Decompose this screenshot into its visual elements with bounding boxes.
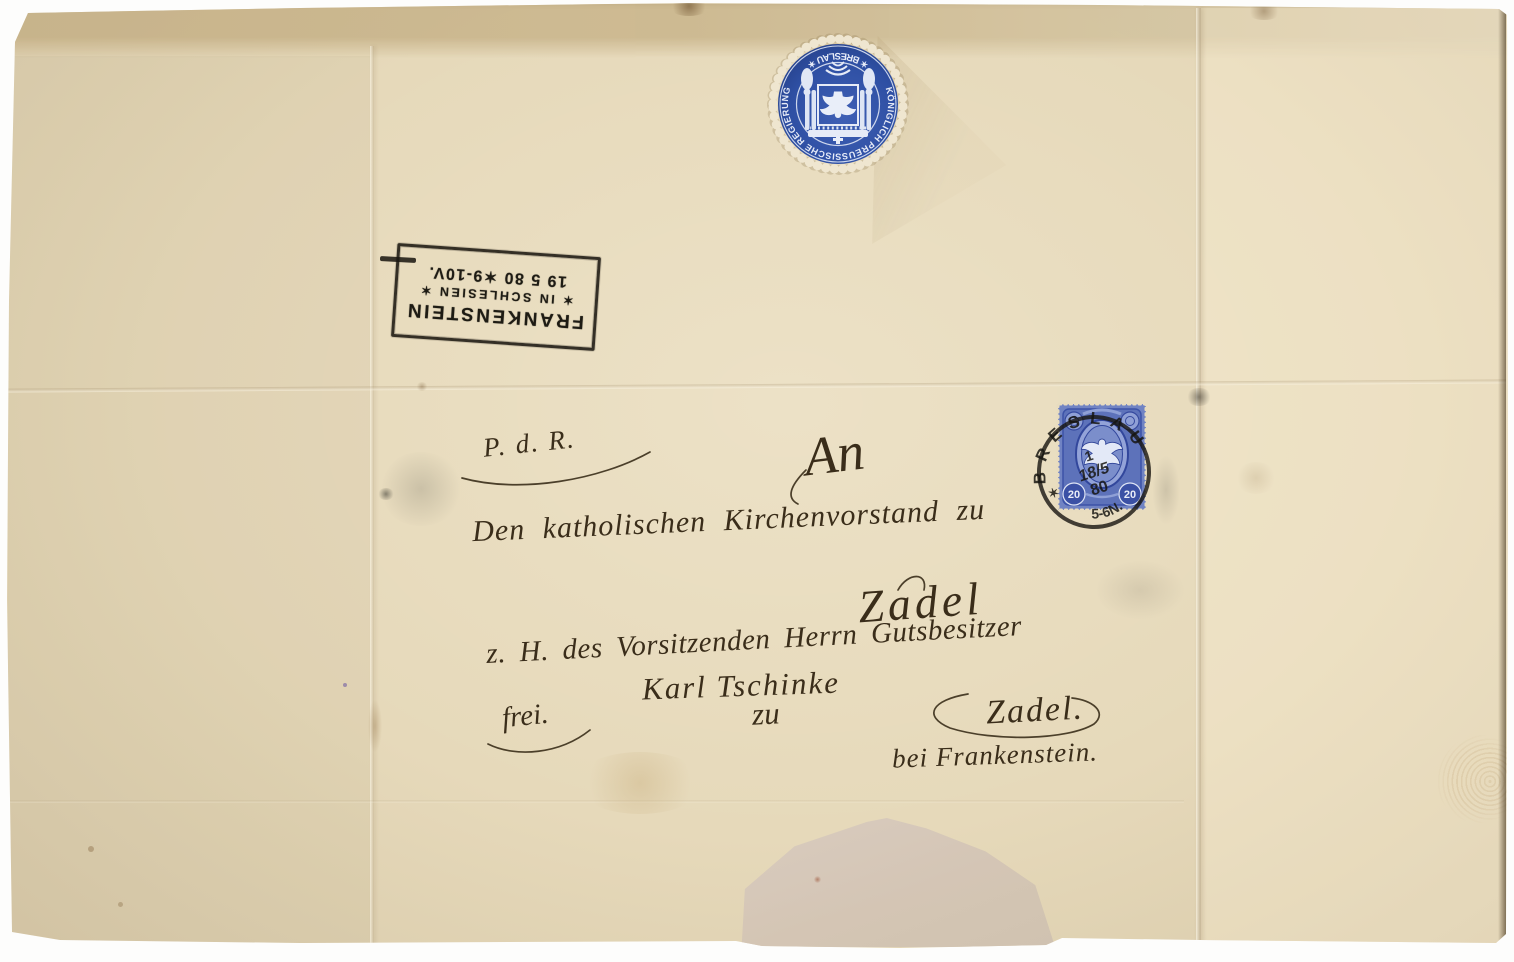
ink-streak — [380, 256, 416, 263]
addressee-name: Karl Tschinke — [641, 665, 840, 708]
vertical-fold-right — [1196, 8, 1201, 948]
seal-ring-text-bottom: ✶ BRESLAU ✶ — [805, 50, 871, 70]
docket-initials: P. d. R. — [482, 423, 577, 464]
paper-right-edge-shadow — [1498, 8, 1506, 946]
stain-spot — [1235, 462, 1277, 494]
toned-top-band — [6, 4, 1510, 58]
horizontal-fold-lower — [8, 800, 1184, 803]
stain-spot — [1246, 2, 1282, 20]
seal-graphic: KÖNIGLICH PREUSSISCHE REGIERUNG ✶ BRESLA… — [764, 30, 912, 178]
svg-text:BRESLAU: BRESLAU — [1032, 410, 1154, 490]
fingerprint-stain — [1423, 720, 1514, 838]
transit-mark-frankenstein: FRANKENSTEIN ✶ IN SCHLESIEN ✶ 19 5 80 ✶9… — [391, 243, 601, 351]
charcoal-smudge — [378, 488, 394, 500]
vertical-fold-left — [370, 46, 374, 948]
stain-spot — [118, 902, 123, 907]
horizontal-fold-main — [8, 379, 1506, 392]
seal-arms-graphic — [801, 62, 875, 144]
charcoal-smudge — [1186, 388, 1212, 406]
stain-spot — [668, 0, 710, 16]
district-line: bei Frankenstein. — [892, 736, 1099, 774]
transit-town: FRANKENSTEIN — [405, 298, 585, 332]
cancel-star: ✶ — [1046, 484, 1061, 502]
postage-note-frei: frei. — [500, 698, 550, 736]
paper-cover: KÖNIGLICH PREUSSISCHE REGIERUNG ✶ BRESLA… — [0, 0, 1514, 962]
charcoal-smudge — [378, 452, 464, 526]
svg-text:5-6N.: 5-6N. — [1087, 496, 1126, 525]
stain-spot — [416, 382, 428, 391]
government-paper-seal: KÖNIGLICH PREUSSISCHE REGIERUNG ✶ BRESLA… — [764, 30, 912, 178]
cancel-office: 1 — [1083, 447, 1096, 465]
transit-region: ✶ IN SCHLESIEN ✶ — [418, 283, 574, 309]
cancel-time: 5-6N. — [1087, 496, 1126, 525]
place-name-large: Zadel — [856, 572, 984, 634]
cancel-year: 80 — [1088, 478, 1110, 500]
stamp-value-right: 20 — [1124, 489, 1136, 501]
charcoal-smudge — [1152, 455, 1180, 525]
cancel-town: BRESLAU — [1032, 410, 1154, 490]
scanned-letter-cover: KÖNIGLICH PREUSSISCHE REGIERUNG ✶ BRESLA… — [0, 0, 1514, 962]
salutation-an: An — [800, 420, 867, 489]
ink-flourishes — [0, 0, 1514, 962]
preposition-zu: zu — [751, 695, 780, 732]
seal-rotated-group: KÖNIGLICH PREUSSISCHE REGIERUNG ✶ BRESLA… — [772, 38, 904, 170]
stain-spot — [814, 876, 821, 883]
stain-spot — [368, 700, 382, 752]
cancel-date: 18/5 — [1078, 458, 1111, 485]
svg-text:KÖNIGLICH PREUSSISCHE REGIERUN: KÖNIGLICH PREUSSISCHE REGIERUNG — [780, 86, 896, 162]
transit-date-time: 19 5 80 ✶9-10V. — [427, 263, 567, 293]
stamp-value-left: 20 — [1068, 489, 1080, 501]
address-line-1: Den katholischen Kirchenvorstand zu — [472, 493, 986, 549]
svg-text:✶ BRESLAU ✶: ✶ BRESLAU ✶ — [805, 50, 871, 70]
stain-spot — [575, 752, 705, 814]
left-panel-tint — [8, 56, 370, 944]
address-line-2: z. H. des Vorsitzenden Herrn Gutsbesitze… — [486, 610, 1023, 671]
stain-spot — [88, 846, 94, 852]
postage-stamp: 20 20 — [1056, 402, 1148, 512]
place-name-repeat: Zadel. — [985, 689, 1085, 732]
seal-ring-text-top: KÖNIGLICH PREUSSISCHE REGIERUNG — [780, 86, 896, 162]
right-panel-tint — [1200, 8, 1508, 946]
charcoal-smudge — [1095, 560, 1185, 620]
embossed-flap-impression — [872, 36, 1012, 244]
stain-spot — [343, 683, 347, 687]
breslau-cancel: BRESLAU 1 18/5 80 ✶ 5-6N. — [1032, 410, 1156, 534]
paper-damage-patch — [735, 818, 1065, 947]
